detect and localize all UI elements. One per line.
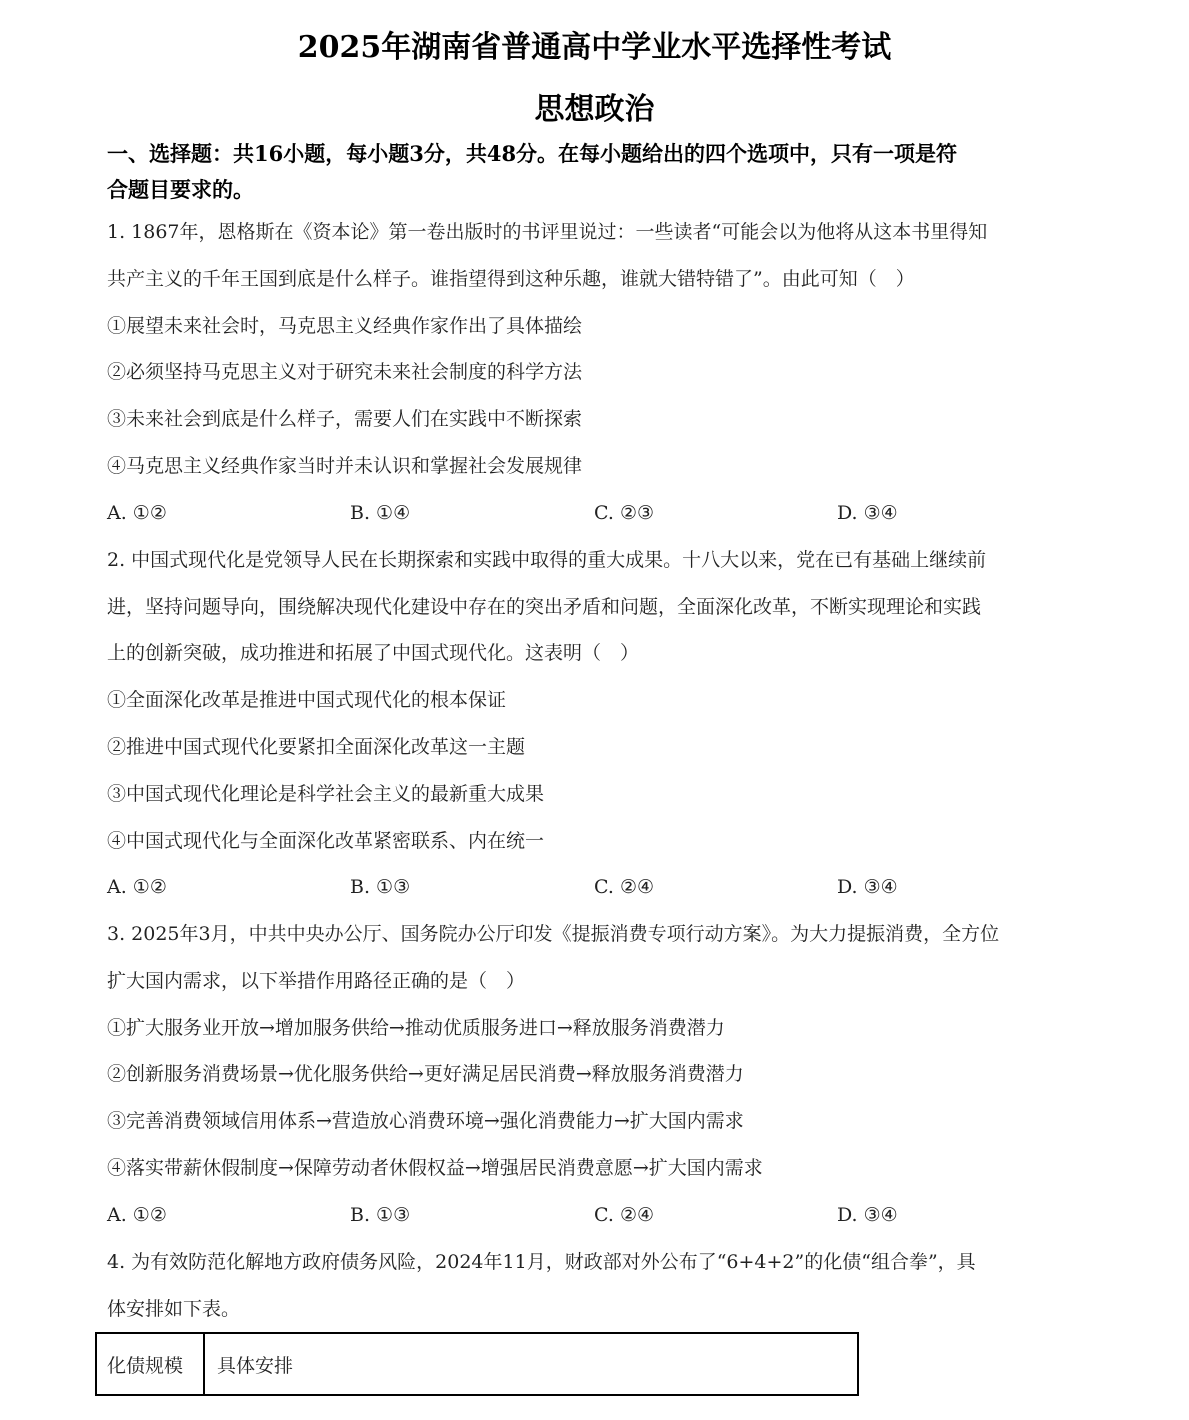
question-stem-line: 3. 2025年3月，中共中央办公厅、国务院办公厅印发《提振消费专项行动方案》。… [107,922,999,946]
statement: ③完善消费领域信用体系→营造放心消费环境→强化消费能力→扩大国内需求 [107,1109,744,1133]
statement: ②必须坚持马克思主义对于研究未来社会制度的科学方法 [107,360,582,384]
option-d[interactable]: D. ③④ [837,501,898,525]
option-d[interactable]: D. ③④ [837,1203,898,1227]
option-b[interactable]: B. ①③ [350,875,410,899]
statement: ④落实带薪休假制度→保障劳动者休假权益→增强居民消费意愿→扩大国内需求 [107,1156,763,1180]
question-stem-line: 共产主义的千年王国到底是什么样子。谁指望得到这种乐趣，谁就大错特错了”。由此可知… [107,267,915,291]
table-header-scale: 化债规模 [97,1334,205,1394]
debt-resolution-table: 化债规模 具体安排 [95,1332,859,1396]
question-stem-line: 进，坚持问题导向，围绕解决现代化建设中存在的突出矛盾和问题，全面深化改革，不断实… [107,595,981,619]
option-a[interactable]: A. ①② [107,1203,167,1227]
statement: ②创新服务消费场景→优化服务供给→更好满足居民消费→释放服务消费潜力 [107,1062,744,1086]
question-stem-line: 1. 1867年，恩格斯在《资本论》第一卷出版时的书评里说过：一些读者“可能会以… [107,220,987,244]
exam-title: 2025年湖南省普通高中学业水平选择性考试 [0,22,1189,66]
statement: ③未来社会到底是什么样子，需要人们在实践中不断探索 [107,407,582,431]
option-c[interactable]: C. ②③ [594,501,654,525]
exam-subject: 思想政治 [0,84,1189,128]
statement: ②推进中国式现代化要紧扣全面深化改革这一主题 [107,735,525,759]
question-stem-line: 上的创新突破，成功推进和拓展了中国式现代化。这表明（ ） [107,641,639,665]
option-d[interactable]: D. ③④ [837,875,898,899]
question-stem-line: 体安排如下表。 [107,1297,240,1321]
statement: ①全面深化改革是推进中国式现代化的根本保证 [107,688,506,712]
statement: ④中国式现代化与全面深化改革紧密联系、内在统一 [107,829,544,853]
option-b[interactable]: B. ①④ [350,501,410,525]
option-c[interactable]: C. ②④ [594,1203,654,1227]
section-heading: 一、选择题：共16小题，每小题3分，共48分。在每小题给出的四个选项中，只有一项… [107,136,1092,208]
section-heading-line: 合题目要求的。 [107,172,1092,208]
exam-page: 2025年湖南省普通高中学业水平选择性考试 思想政治 一、选择题：共16小题，每… [0,0,1189,1420]
section-heading-line: 一、选择题：共16小题，每小题3分，共48分。在每小题给出的四个选项中，只有一项… [107,136,1092,172]
statement: ④马克思主义经典作家当时并未认识和掌握社会发展规律 [107,454,582,478]
option-a[interactable]: A. ①② [107,501,167,525]
question-stem-line: 4. 为有效防范化解地方政府债务风险，2024年11月，财政部对外公布了“6+4… [107,1250,976,1274]
question-stem-line: 2. 中国式现代化是党领导人民在长期探索和实践中取得的重大成果。十八大以来，党在… [107,548,986,572]
statement: ①扩大服务业开放→增加服务供给→推动优质服务进口→释放服务消费潜力 [107,1016,725,1040]
question-stem-line: 扩大国内需求，以下举措作用路径正确的是（ ） [107,969,525,993]
statement: ①展望未来社会时，马克思主义经典作家作出了具体描绘 [107,314,582,338]
option-a[interactable]: A. ①② [107,875,167,899]
table-header-arrangement: 具体安排 [205,1334,857,1394]
option-b[interactable]: B. ①③ [350,1203,410,1227]
statement: ③中国式现代化理论是科学社会主义的最新重大成果 [107,782,544,806]
option-c[interactable]: C. ②④ [594,875,654,899]
